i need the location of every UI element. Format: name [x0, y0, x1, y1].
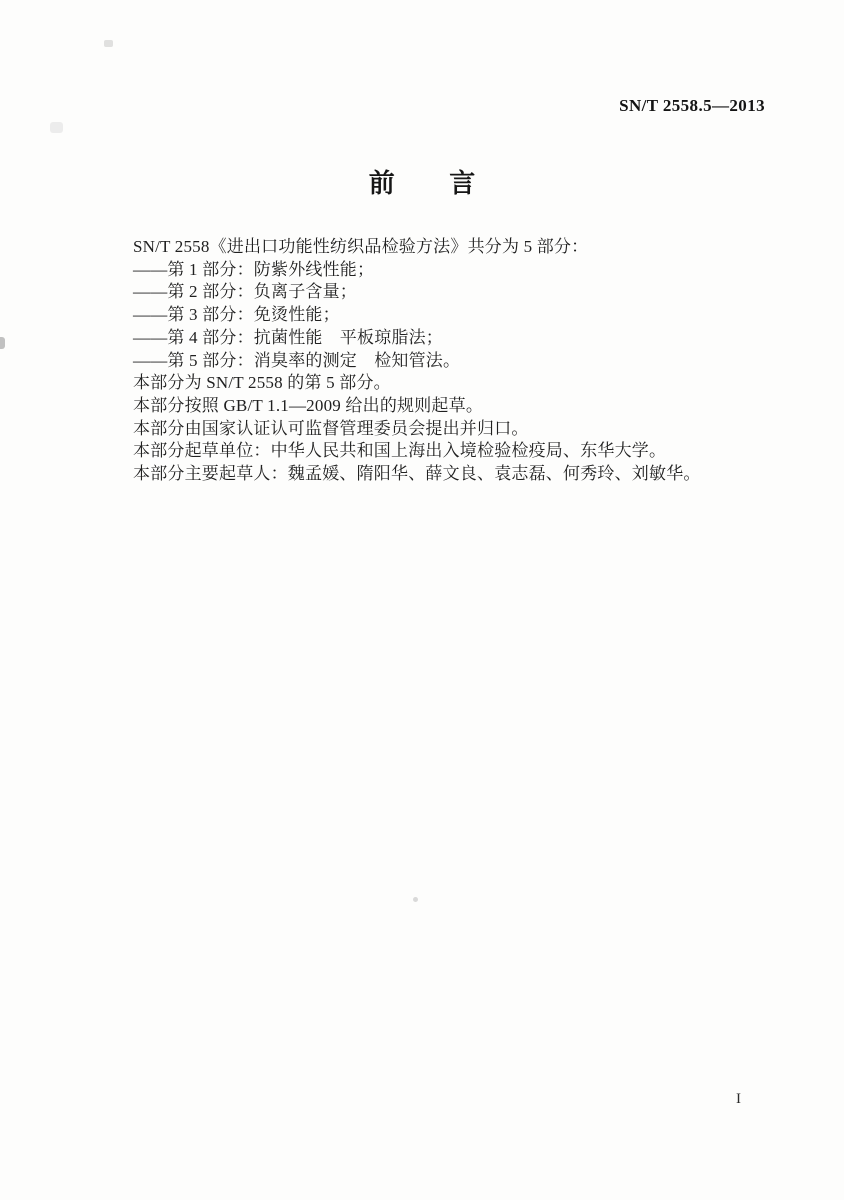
- body-line: ——第 1 部分：防紫外线性能；: [133, 259, 753, 282]
- document-page: SN/T 2558.5—2013 前言 SN/T 2558《进出口功能性纺织品检…: [0, 0, 844, 1200]
- body-line: ——第 4 部分：抗菌性能 平板琼脂法；: [133, 327, 753, 350]
- body-line: 本部分由国家认证认可监督管理委员会提出并归口。: [133, 418, 753, 441]
- body-line: ——第 5 部分：消臭率的测定 检知管法。: [133, 350, 753, 373]
- scan-artifact: [104, 40, 113, 47]
- body-line: ——第 3 部分：免烫性能；: [133, 304, 753, 327]
- scan-artifact: [413, 897, 418, 902]
- page-title: 前言: [0, 163, 844, 200]
- body-line: SN/T 2558《进出口功能性纺织品检验方法》共分为 5 部分：: [133, 236, 753, 259]
- body-line: 本部分为 SN/T 2558 的第 5 部分。: [133, 372, 753, 395]
- document-code: SN/T 2558.5—2013: [619, 96, 765, 116]
- body-line: 本部分主要起草人：魏孟媛、隋阳华、薛文良、袁志磊、何秀玲、刘敏华。: [133, 463, 753, 486]
- scan-artifact: [50, 122, 63, 133]
- page-number: I: [736, 1091, 741, 1108]
- foreword-body: SN/T 2558《进出口功能性纺织品检验方法》共分为 5 部分：——第 1 部…: [133, 236, 753, 486]
- body-line: 本部分起草单位：中华人民共和国上海出入境检验检疫局、东华大学。: [133, 440, 753, 463]
- scan-artifact: [0, 337, 5, 349]
- body-line: ——第 2 部分：负离子含量；: [133, 281, 753, 304]
- body-line: 本部分按照 GB/T 1.1—2009 给出的规则起草。: [133, 395, 753, 418]
